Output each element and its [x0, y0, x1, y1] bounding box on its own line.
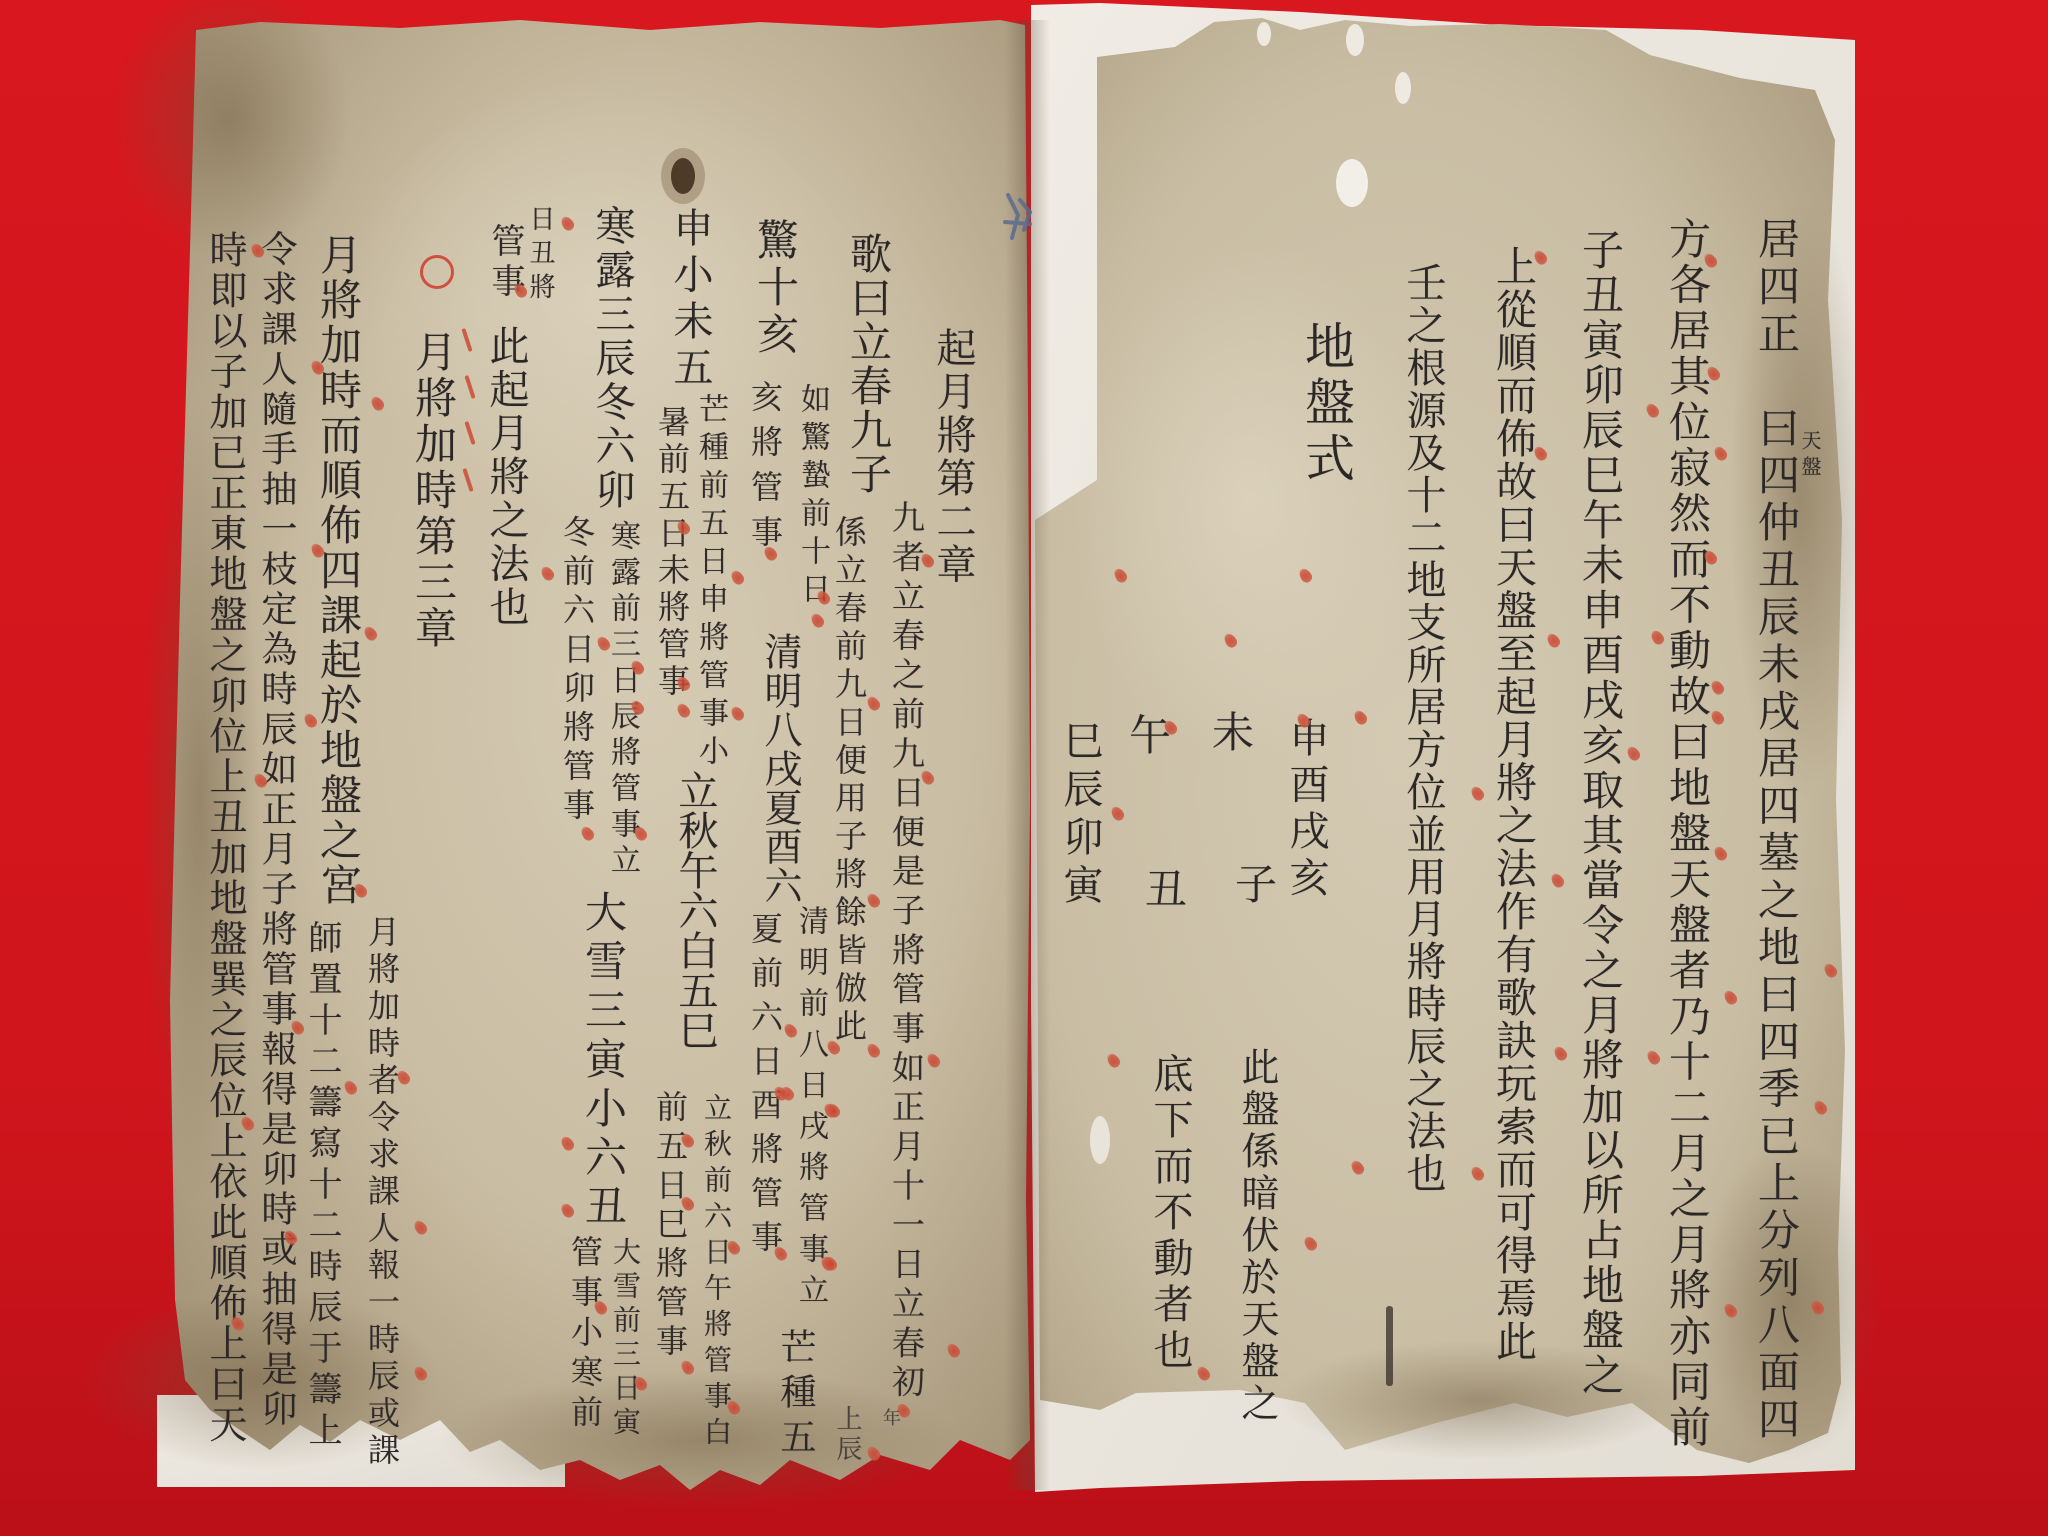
verse-4-note-2-left: 管事小寒前	[569, 1235, 601, 1435]
chapter-3-column-1-main: 月將加時而順佈四課起於地盤之宮	[317, 233, 359, 908]
chapter-3-column-1-note-right: 月將加時者令求課人報一時辰或課	[366, 915, 398, 1470]
ink-stroke-mark	[1386, 1306, 1393, 1386]
verse-3-note-right: 芒種前五日申將管事小	[695, 393, 725, 773]
verse-4-note-2-right: 大雪前三日寅	[611, 1237, 639, 1441]
earth-plate-top-inner-2: 午	[1126, 713, 1168, 755]
paper-light-patch	[1070, 240, 1430, 760]
right-text-column-5: 壬之根源及十二地支所居方位並用月將時辰之法也	[1403, 262, 1443, 1195]
verse-5-note-right: 日丑將	[527, 205, 553, 307]
verse-4-main: 寒露三辰冬六卯	[592, 205, 632, 513]
verse-2-note-2-left: 夏前六日酉將管事	[749, 912, 781, 1264]
worm-hole-icon	[1336, 159, 1368, 207]
chapter-3-column-3: 時即以子加已正東地盤之卯位上丑加地盤巽之辰位上依此順佈上曰天	[206, 230, 244, 1445]
verse-3-note-2-right: 立秋前六日午將管事白	[702, 1093, 730, 1453]
chapter-2-title: 起月將第二章	[933, 327, 973, 587]
paper-tear	[1090, 1116, 1110, 1164]
verse-1-note-left: 係立春前九日便用子將餘皆倣此	[833, 515, 865, 1047]
paper-tear	[1346, 24, 1364, 56]
book-gutter	[1005, 20, 1050, 1490]
chapter-3-title: 月將加時第三章	[412, 330, 454, 652]
verse-4-note-left: 冬前六日卯將管事	[561, 515, 593, 827]
paper-tear	[1257, 22, 1271, 46]
verse-1-main: 歌曰立春九子	[847, 232, 889, 496]
right-text-column-1: 居四正𡨧曰四仲丑辰未戌居四墓之地曰四季已上分列八面四	[1755, 217, 1797, 1444]
diagram-note-line-1: 此盤係暗伏於天盤之	[1238, 1047, 1276, 1425]
verse-1-note-right: 九者立春之前九日便是子將管事如正月十一日立春初	[890, 500, 923, 1404]
earth-plate-top-inner-1: 未	[1209, 710, 1251, 752]
bottom-marginalia-2: 年	[881, 1408, 899, 1426]
verse-2-note-left: 亥將管事	[749, 380, 781, 560]
verse-5-note-top: 管事	[488, 223, 522, 303]
verse-2-main-3: 芒種五	[777, 1328, 813, 1463]
verse-5-main: 此起月將之法也	[486, 325, 526, 630]
diagram-note-line-2: 底下而不動者也	[1150, 1053, 1190, 1375]
earth-plate-bottom-inner-2: 丑	[1142, 867, 1184, 909]
chapter-3-column-2: 令求課人隨手抽一枝定為時辰如正月子將管事報得是卯時或抽得是卯	[258, 230, 294, 1430]
bottom-marginalia-1: 上辰	[834, 1405, 860, 1465]
earth-plate-left-column: 巳辰卯寅	[1060, 720, 1100, 912]
paper-tear	[1395, 72, 1411, 104]
diagram-title: 地盤式	[1301, 320, 1351, 488]
verse-3-main: 申小未五	[670, 207, 710, 393]
verse-4-note-right: 寒露前三日辰將管事立	[607, 520, 637, 880]
verse-4-main-2: 大雪三寅小六丑	[582, 890, 624, 1233]
earth-plate-right-column: 申酉戌亥	[1286, 717, 1326, 903]
earth-plate-bottom-inner-1: 子	[1232, 862, 1274, 904]
right-text-column-3: 子丑寅卯辰巳午未申酉戌亥取其當令之月將加以所占地盤之	[1579, 228, 1621, 1398]
worm-hole-icon	[671, 158, 695, 194]
verse-2-note-2-right: 清明前八日戌將管事立	[795, 905, 825, 1315]
verse-3-note-2-left: 前五日巳將管事	[654, 1090, 686, 1363]
right-text-column-4: 上從順而佈故曰天盤至起月將之法作有歌訣玩索而可得焉此	[1492, 245, 1533, 1363]
red-circle-chapter-marker-icon	[420, 255, 454, 289]
verse-3-main-2: 立秋午六白五巳	[675, 770, 715, 1050]
verse-2-note-right: 如驚蟄前十日	[797, 383, 827, 611]
verse-2-main: 驚十亥	[754, 218, 796, 359]
interlinear-note: 天盤	[1800, 430, 1820, 482]
chapter-3-column-1-note-left: 師置十二籌寫十二時辰于籌上	[305, 920, 339, 1453]
right-text-column-2: 方各居其位寂然而不動故曰地盤天盤者乃十二月之月將亦同前	[1666, 217, 1708, 1451]
verse-3-note-left: 暑前五日未將管事	[656, 405, 688, 701]
verse-2-main-2: 清明八戌夏酉六	[761, 632, 799, 905]
